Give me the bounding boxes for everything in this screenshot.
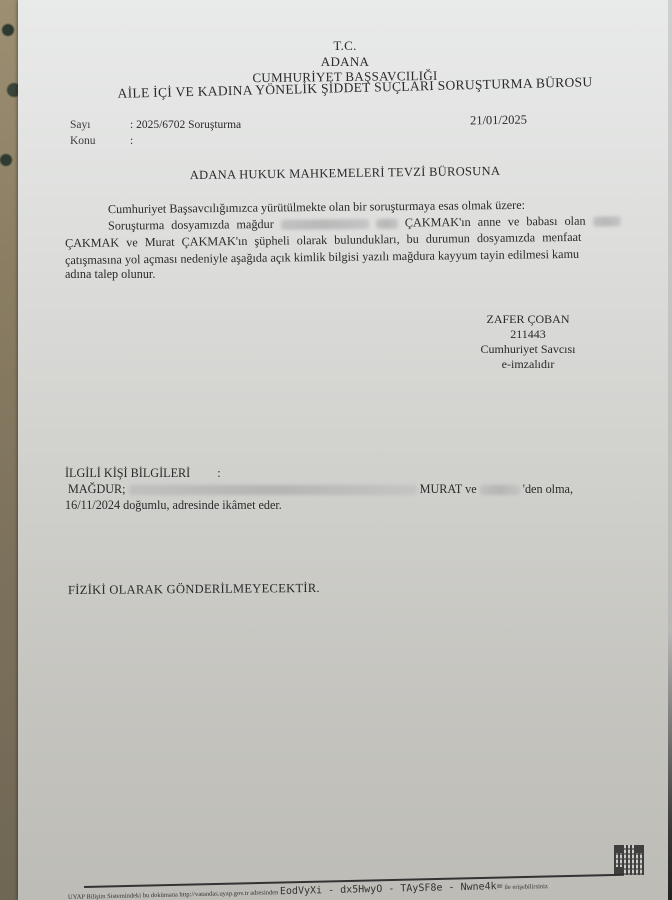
page-edge — [668, 0, 672, 900]
signer-name: ZAFER ÇOBAN — [458, 312, 598, 327]
related-colon: : — [217, 466, 220, 480]
body-paragraph-5: adına talep olunur. — [65, 266, 155, 282]
sayi-label: Sayı — [70, 119, 90, 131]
footer-suffix: ile erişebilirsiniz — [504, 883, 548, 891]
body-p2-start: Soruşturma dosyamızda mağdur — [108, 217, 274, 233]
redacted-name — [376, 219, 398, 229]
signer-title: Cumhuriyet Savcısı — [458, 342, 598, 357]
body-p2-after: ÇAKMAK'ın anne ve babası olan — [405, 214, 586, 230]
addressee: ADANA HUKUK MAHKEMELERİ TEVZİ BÜROSUNA — [18, 161, 672, 185]
header-tc: T.C. — [18, 38, 672, 54]
victim-label: MAĞDUR; — [68, 482, 126, 496]
e-signature-note: e-imzalıdır — [458, 357, 598, 372]
sayi-value: : 2025/6702 Soruşturma — [130, 119, 241, 131]
konu-value: : — [130, 135, 133, 147]
related-heading-text: İLGİLİ KİŞİ BİLGİLERİ — [65, 466, 190, 480]
victim-mid: MURAT ve — [420, 482, 477, 496]
qr-code-icon — [614, 845, 644, 875]
document-page: T.C. ADANA CUMHURİYET BAŞSAVCILIĞI AİLE … — [18, 0, 672, 900]
redacted-name — [281, 219, 369, 230]
victim-end: 'den olma, — [523, 482, 573, 496]
signature-block: ZAFER ÇOBAN 211443 Cumhuriyet Savcısı e-… — [458, 312, 598, 372]
victim-birth-address: 16/11/2024 doğumlu, adresinde ikâmet ede… — [65, 497, 282, 513]
related-heading: İLGİLİ KİŞİ BİLGİLERİ : — [65, 465, 221, 481]
document-date: 21/01/2025 — [470, 113, 527, 129]
konu-label: Konu — [70, 135, 96, 147]
redacted-name — [480, 485, 520, 495]
physical-notice: FİZİKİ OLARAK GÖNDERİLMEYECEKTİR. — [68, 580, 320, 598]
redacted-name — [593, 217, 621, 227]
victim-line: MAĞDUR; MURAT ve 'den olma, — [68, 481, 573, 497]
footer-verification: UYAP Bilişim Sistemindeki bu dokümana ht… — [68, 880, 548, 900]
signer-id: 211443 — [458, 327, 598, 342]
verification-code: EodVyXi - dx5HwyO - TAySF8e - Nwne4k= — [280, 881, 503, 897]
footer-prefix: UYAP Bilişim Sistemindeki bu dokümana ht… — [68, 889, 278, 900]
redacted-identity — [129, 485, 417, 495]
